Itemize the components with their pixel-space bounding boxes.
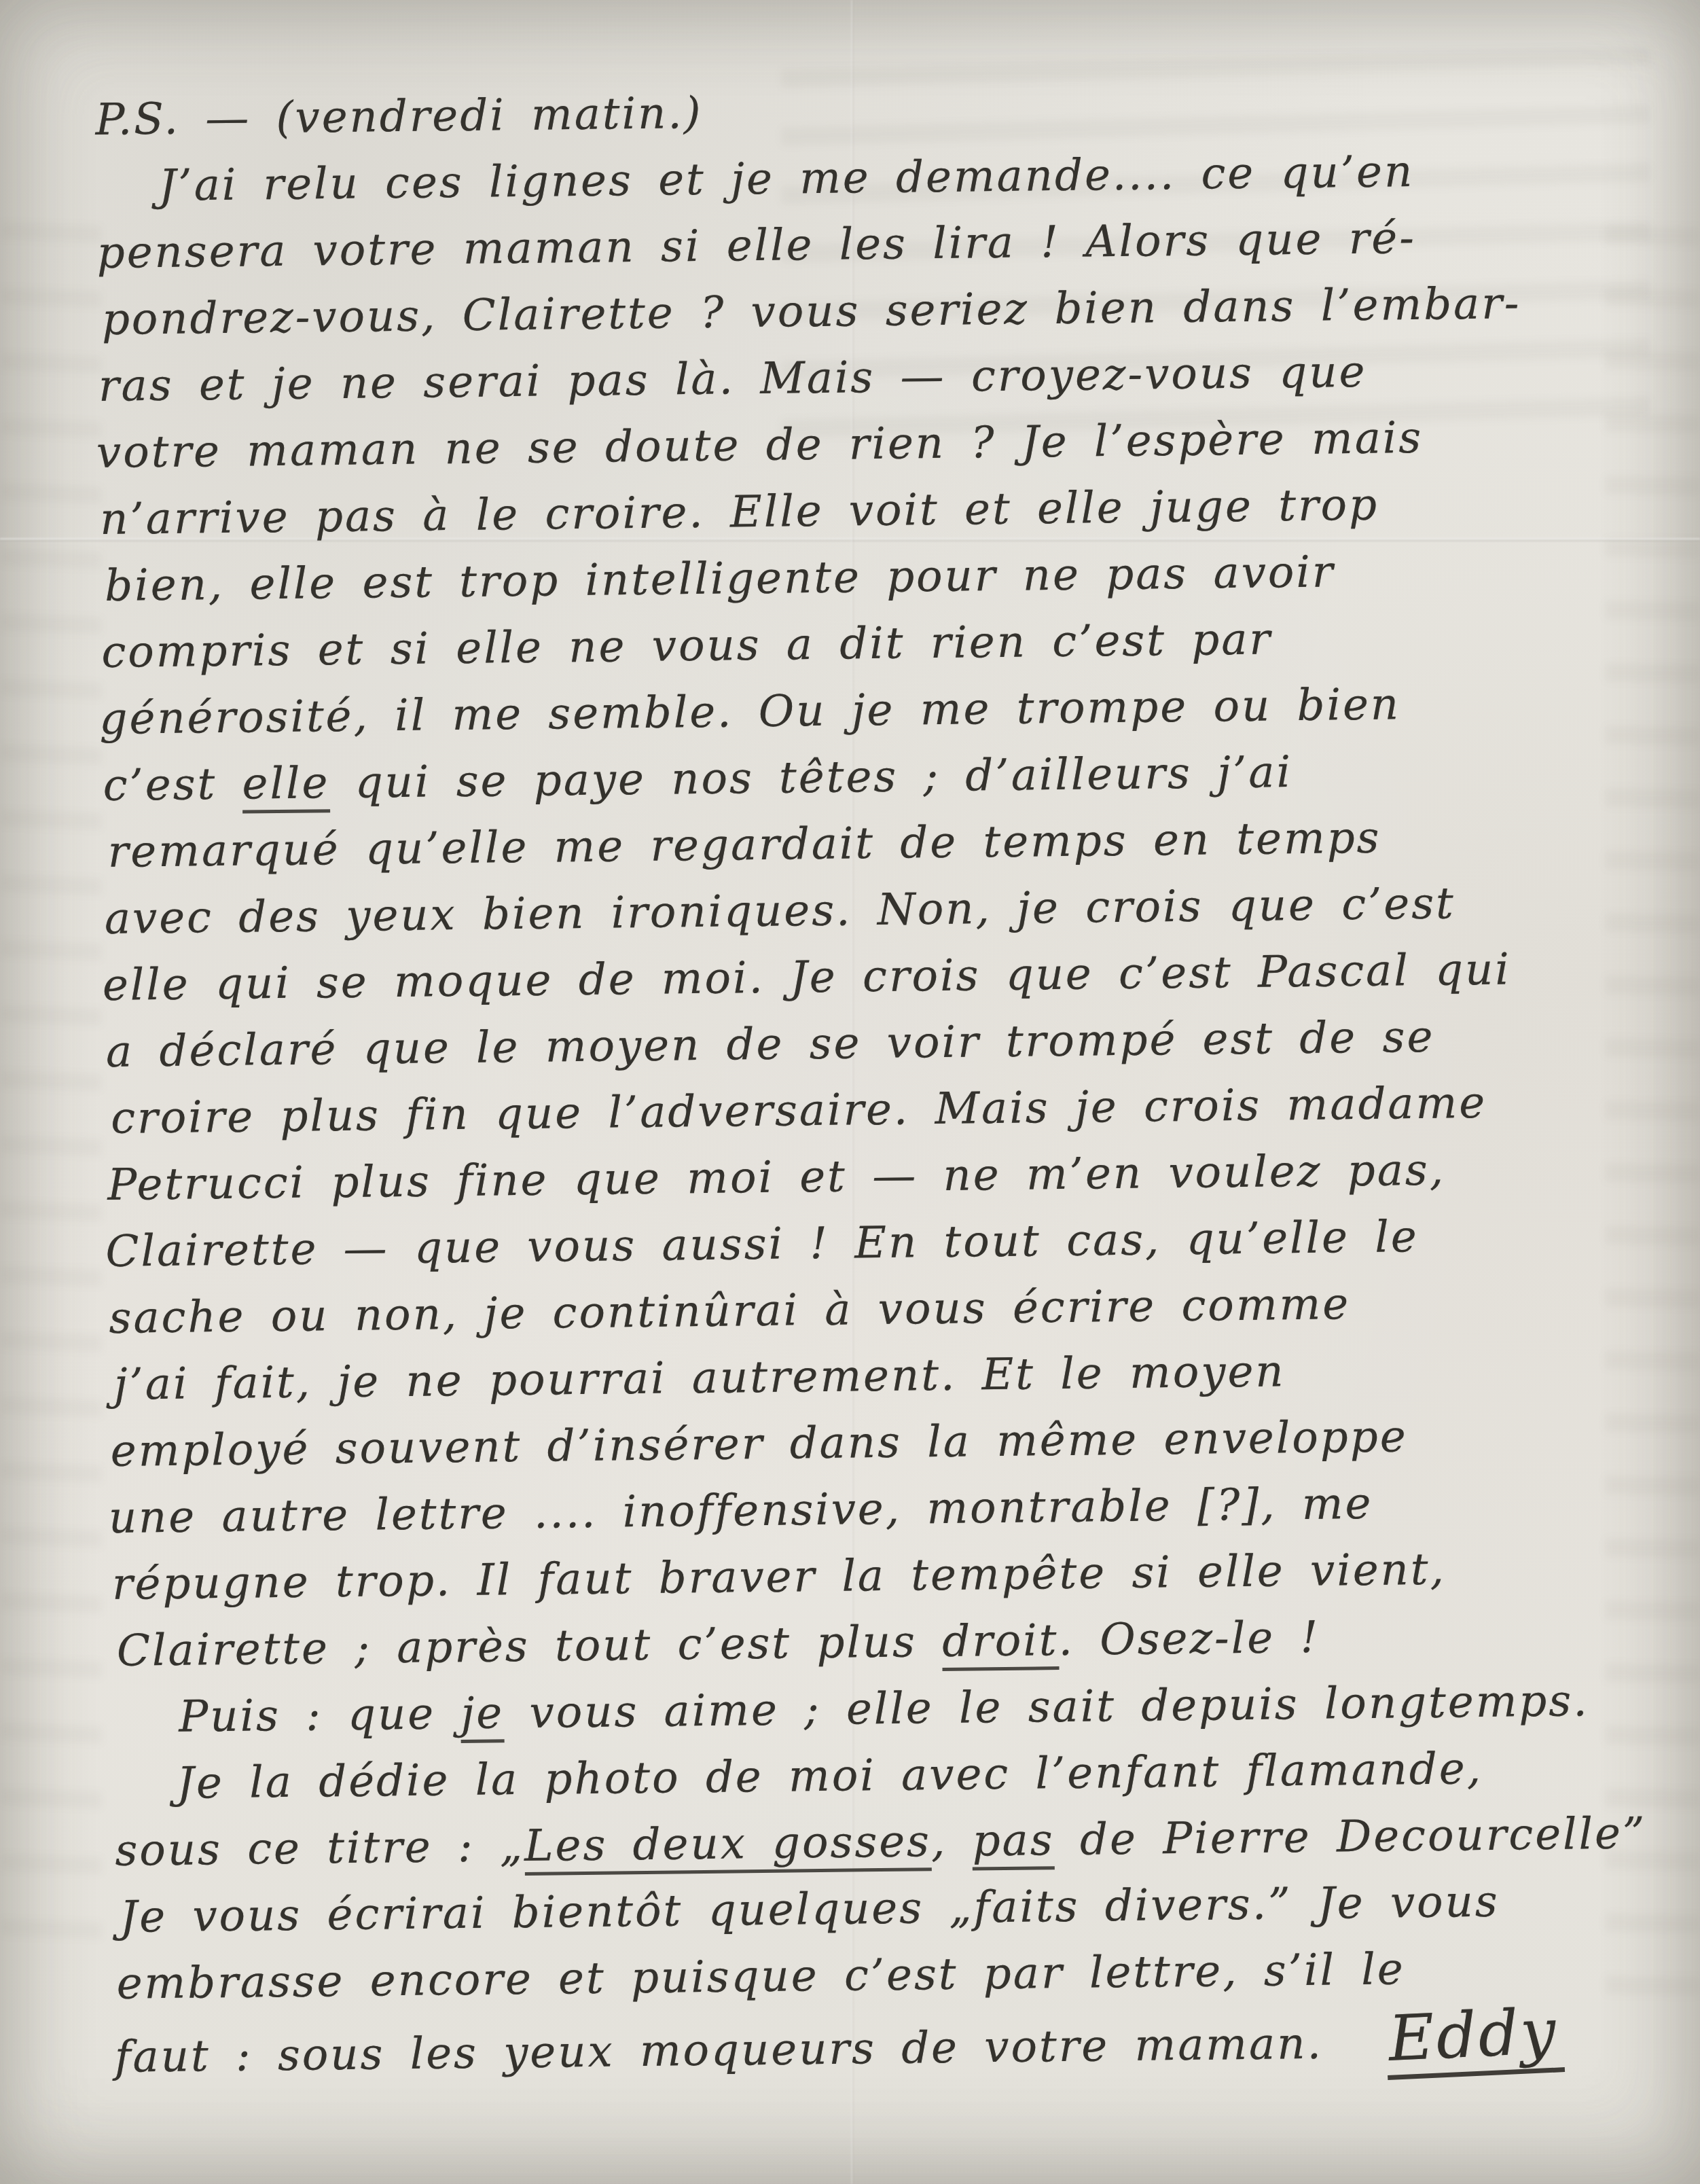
letter-text: j’ai fait, je ne pourrai autrement. Et l…: [113, 1346, 1286, 1410]
letter-text: faut : sous les yeux moqueurs de votre m…: [114, 2018, 1348, 2083]
letter-text: qui se paye nos têtes ; d’ailleurs j’ai: [329, 747, 1292, 808]
letter-text: J’ai relu ces lignes et je me demande...…: [158, 147, 1414, 211]
letter-body: P.S. — (vendredi matin.)J’ai relu ces li…: [95, 69, 1693, 2084]
letter-text: bien, elle est trop intelligente pour ne…: [105, 547, 1335, 611]
letter-text: vous aime ; elle le sait depuis longtemp…: [504, 1676, 1589, 1738]
letter-text: sache ou non, je continûrai à vous écrir…: [109, 1279, 1350, 1344]
letter-text: avec des yeux bien ironiques. Non, je cr…: [104, 878, 1455, 944]
letter-text: . Osez-le !: [1058, 1613, 1320, 1666]
show-through-left-edge: [0, 217, 102, 1984]
letter-text: Puis : que: [179, 1689, 461, 1742]
letter-text: répugne trop. Il faut braver la tempête …: [112, 1545, 1447, 1610]
letter-text: ras et je ne serai pas là. Mais — croyez…: [98, 347, 1367, 412]
letter-text: Je vous écrirai bientôt quelques „faits …: [120, 1877, 1500, 1943]
letter-text: Clairette — que vous aussi ! En tout cas…: [105, 1212, 1419, 1277]
letter-page: P.S. — (vendredi matin.)J’ai relu ces li…: [0, 0, 1700, 2184]
letter-text: remarqué qu’elle me regardait de temps e…: [107, 813, 1381, 878]
underlined-word: Les deux gosses: [524, 1816, 932, 1876]
letter-text: elle qui se moque de moi. Je crois que c…: [103, 944, 1512, 1011]
letter-text: n’arrive pas à le croire. Elle voit et e…: [100, 480, 1379, 545]
letter-text: employé souvent d’insérer dans la même e…: [110, 1412, 1408, 1477]
letter-text: générosité, il me semble. Ou je me tromp…: [99, 679, 1400, 745]
underlined-word: droit: [942, 1615, 1059, 1671]
letter-text: Petrucci plus fine que moi et — ne m’en …: [107, 1145, 1445, 1211]
underlined-word: elle: [242, 758, 330, 813]
letter-text: Clairette ; après tout c’est plus: [117, 1617, 943, 1677]
letter-text: c’est: [103, 759, 242, 811]
signature: Eddy: [1385, 1998, 1566, 2080]
underlined-word: pas: [972, 1815, 1055, 1870]
letter-text: embrasse encore et puisque c’est par let…: [116, 1944, 1405, 2009]
letter-text: a déclaré que le moyen de se voir trompé…: [106, 1012, 1435, 1077]
underlined-word: je: [460, 1688, 505, 1743]
letter-text: Je la dédie la photo de moi avec l’enfan…: [177, 1744, 1483, 1809]
letter-text: pondrez-vous, Clairette ? vous seriez bi…: [101, 279, 1521, 345]
letter-text: de Pierre Decourcelle”: [1054, 1808, 1647, 1865]
letter-text: P.S. — (vendredi matin.): [95, 88, 703, 145]
letter-text: croire plus fin que l’adversaire. Mais j…: [111, 1078, 1487, 1144]
letter-text: compris et si elle ne vous a dit rien c’…: [101, 614, 1272, 678]
letter-text: votre maman ne se doute de rien ? Je l’e…: [96, 413, 1424, 478]
letter-text: pensera votre maman si elle les lira ! A…: [96, 213, 1416, 279]
letter-text: sous ce titre : „: [115, 1821, 524, 1876]
letter-text: une autre lettre .... inoffensive, montr…: [108, 1479, 1373, 1543]
letter-text: ,: [931, 1816, 973, 1867]
